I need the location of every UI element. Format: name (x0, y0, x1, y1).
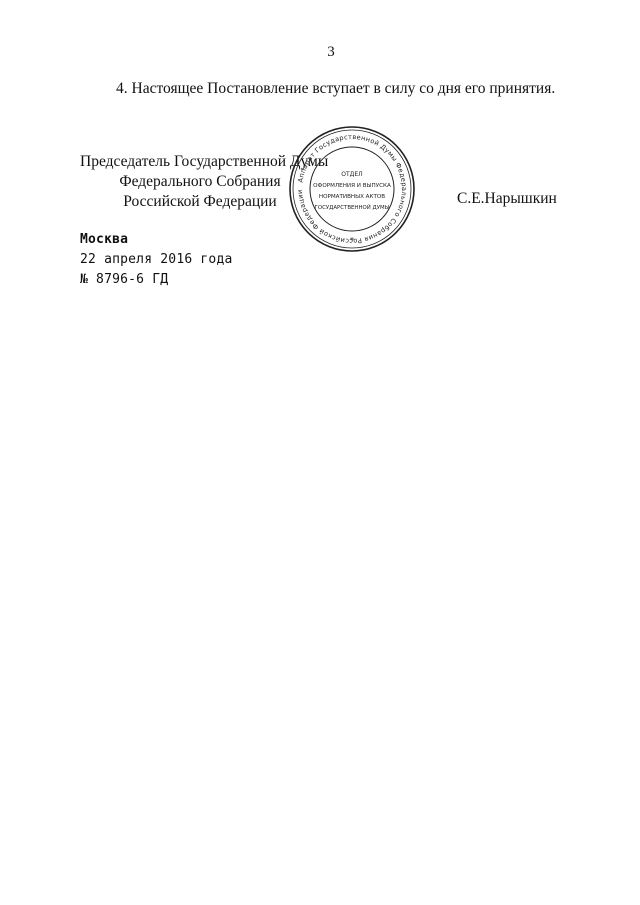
page-number: 3 (0, 44, 640, 61)
signatory-title-line-2: Федерального Собрания (80, 172, 320, 192)
footer-date: 22 апреля 2016 года (80, 250, 233, 270)
stamp-inner-line-3: НОРМАТИВНЫХ АКТОВ (319, 194, 385, 200)
document-footer: Москва 22 апреля 2016 года № 8796-6 ГД (80, 230, 233, 290)
official-stamp: Аппарат Государственной Думы Федеральног… (287, 124, 417, 254)
clause-4-text: 4. Настоящее Постановление вступает в си… (116, 80, 555, 98)
signatory-title: Председатель Государственной Думы Федера… (80, 152, 320, 212)
stamp-inner-line-1: ОТДЕЛ (341, 171, 362, 178)
signatory-title-line-3: Российской Федерации (80, 192, 320, 212)
footer-city: Москва (80, 230, 233, 250)
stamp-star: * (350, 236, 354, 245)
stamp-inner-line-4: ГОСУДАРСТВЕННОЙ ДУМЫ (315, 204, 390, 211)
stamp-seal-icon: Аппарат Государственной Думы Федеральног… (287, 124, 417, 254)
signer-name: С.Е.Нарышкин (457, 190, 557, 208)
footer-document-number: № 8796-6 ГД (80, 270, 233, 290)
signatory-title-line-1: Председатель Государственной Думы (80, 152, 320, 172)
stamp-inner-line-2: ОФОРМЛЕНИЯ И ВЫПУСКА (313, 183, 391, 189)
